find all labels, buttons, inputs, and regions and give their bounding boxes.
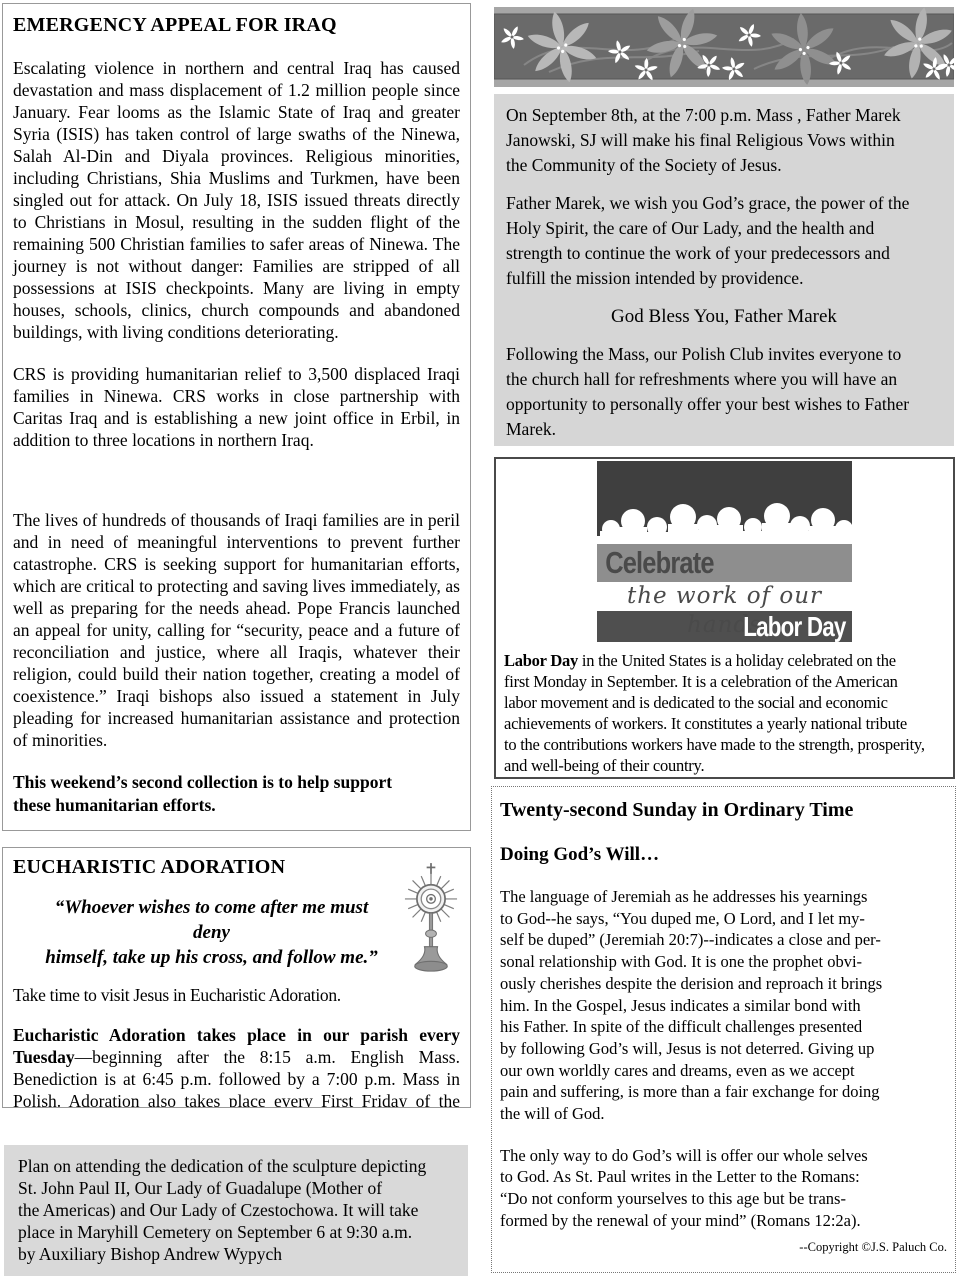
blessing-line: God Bless You, Father Marek	[506, 304, 942, 329]
sunday-title: Twenty-second Sunday in Ordinary Time	[500, 799, 951, 822]
floral-border-decoration	[494, 7, 954, 87]
paragraph: CRS is providing humanitarian relief to …	[13, 363, 460, 451]
sunday-reflection-section: Twenty-second Sunday in Ordinary Time Do…	[491, 786, 956, 1273]
copyright-line: --Copyright ©J.S. Paluch Co.	[500, 1240, 947, 1255]
sculpture-dedication-notice: Plan on attending the dedication of the …	[4, 1145, 468, 1276]
labor-day-description: Labor Day in the United States is a holi…	[504, 650, 945, 776]
paragraph: The only way to do God’s will is offer o…	[500, 1145, 951, 1232]
section-title: EUCHARISTIC ADORATION	[13, 856, 460, 879]
reflection-subtitle: Doing God’s Will…	[500, 844, 951, 866]
paragraph: On September 8th, at the 7:00 p.m. Mass …	[506, 103, 942, 178]
scripture-quote: “Whoever wishes to come after me must de…	[43, 895, 380, 970]
labor-day-banner: Labor Day	[597, 611, 852, 642]
section-title: EMERGENCY APPEAL FOR IRAQ	[13, 14, 460, 37]
script-tagline: the work of our hands	[597, 582, 852, 611]
paragraph: Father Marek, we wish you God’s grace, t…	[506, 191, 942, 291]
crowd-silhouettes-graphic	[597, 461, 852, 536]
monstrance-icon	[398, 862, 464, 976]
second-collection-note: This weekend’s second collection is to h…	[13, 771, 460, 817]
eucharistic-adoration-section: EUCHARISTIC ADORATION “Whoever wishes to…	[2, 847, 471, 1108]
labor-day-graphic: Celebrate the work of our hands Labor Da…	[597, 461, 852, 642]
paragraph: Following the Mass, our Polish Club invi…	[506, 342, 942, 442]
adoration-schedule: Eucharistic Adoration takes place in our…	[13, 1024, 460, 1108]
emergency-appeal-section: EMERGENCY APPEAL FOR IRAQ Escalating vio…	[2, 3, 471, 496]
notice-text: Plan on attending the dedication of the …	[18, 1155, 454, 1265]
invitation-line: Take time to visit Jesus in Eucharistic …	[13, 984, 460, 1006]
iraq-appeal-continued-section: The lives of hundreds of thousands of Ir…	[2, 495, 471, 831]
bulletin-page: EMERGENCY APPEAL FOR IRAQ Escalating vio…	[0, 0, 960, 1279]
celebrate-banner: Celebrate	[597, 544, 852, 582]
final-vows-announcement: On September 8th, at the 7:00 p.m. Mass …	[494, 94, 954, 446]
paragraph: The language of Jeremiah as he addresses…	[500, 886, 951, 1125]
paragraph: Escalating violence in northern and cent…	[13, 57, 460, 343]
labor-day-section: Celebrate the work of our hands Labor Da…	[494, 457, 955, 779]
paragraph: The lives of hundreds of thousands of Ir…	[13, 509, 460, 751]
